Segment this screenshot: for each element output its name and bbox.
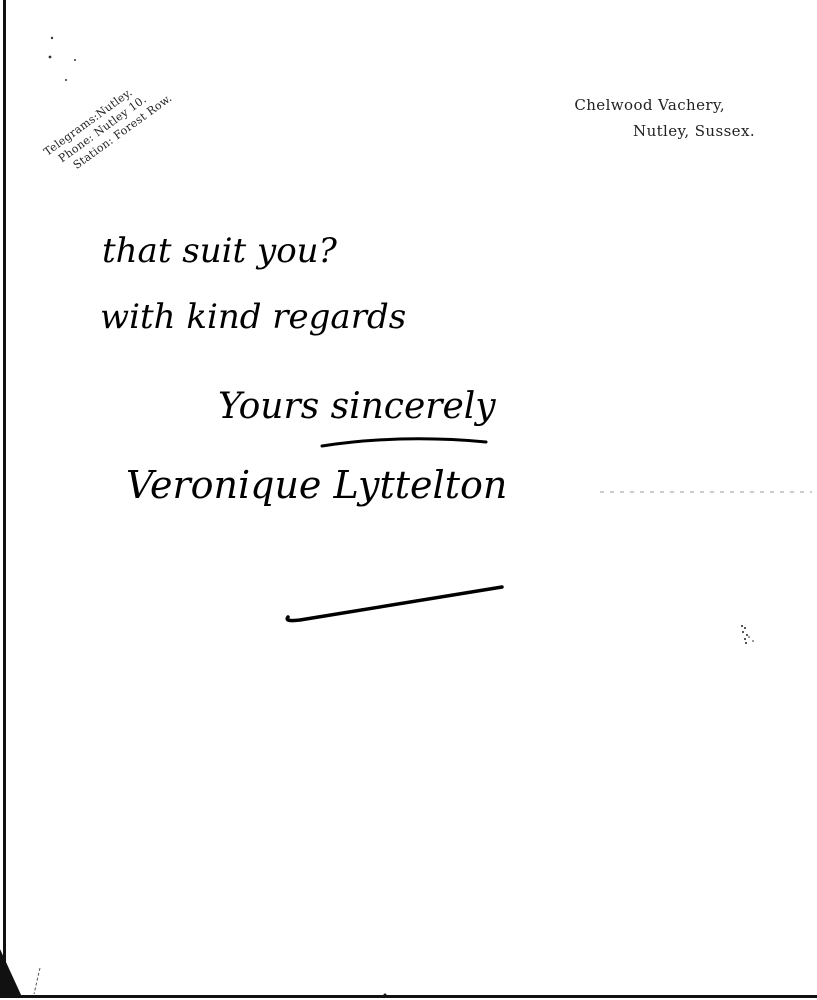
signature: Veronique Lyttelton xyxy=(126,463,507,507)
closing-line: Yours sincerely xyxy=(218,386,496,427)
body-line-2: with kind regards xyxy=(100,297,406,337)
letter-page: Telegrams:Nutley. Phone: Nutley 10. Stat… xyxy=(0,0,817,1000)
signature-underline xyxy=(287,587,502,621)
signature-flourish xyxy=(322,439,486,446)
handwritten-content: that suit you? with kind regards Yours s… xyxy=(0,0,817,1000)
ink-specks xyxy=(738,622,758,652)
body-line-1: that suit you? xyxy=(102,231,338,271)
